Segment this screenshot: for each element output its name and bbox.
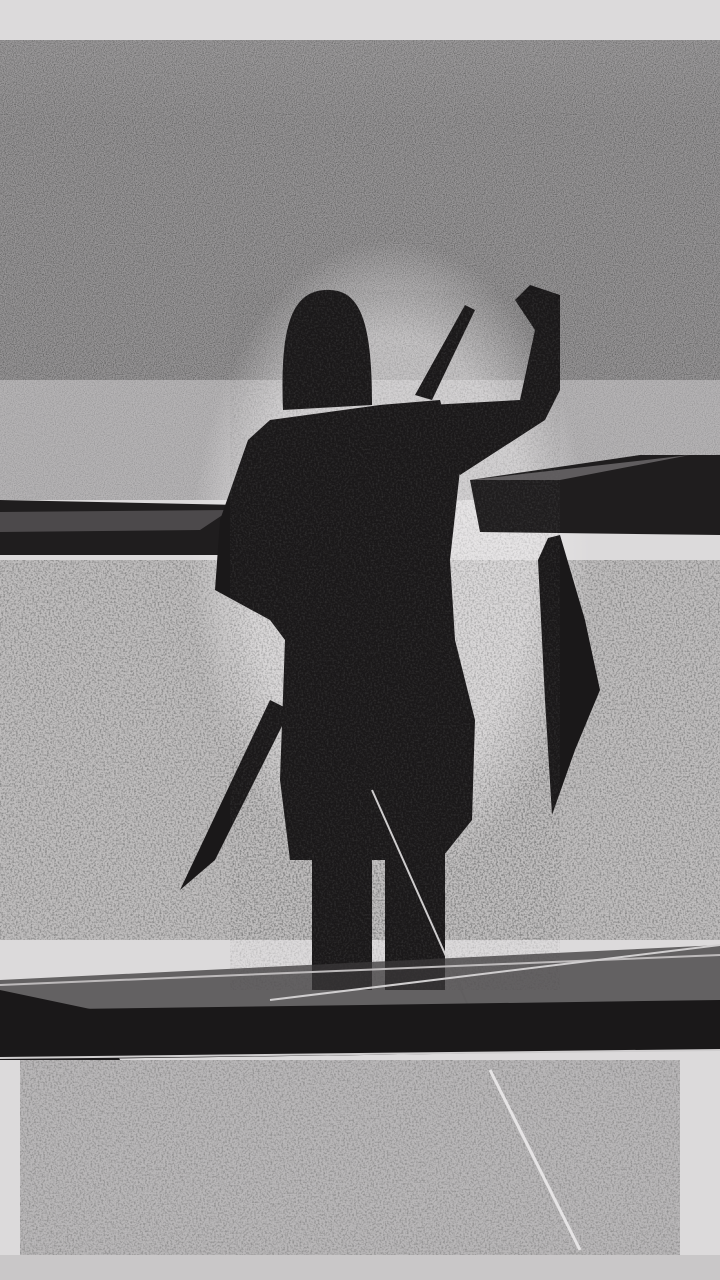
bottom-plate (0, 1060, 720, 1280)
print-artwork: Monochrome print of a hooded figure seen… (0, 0, 720, 1280)
left-debris (0, 500, 240, 555)
figure-texture (230, 290, 560, 990)
artwork-scene (0, 0, 720, 1280)
